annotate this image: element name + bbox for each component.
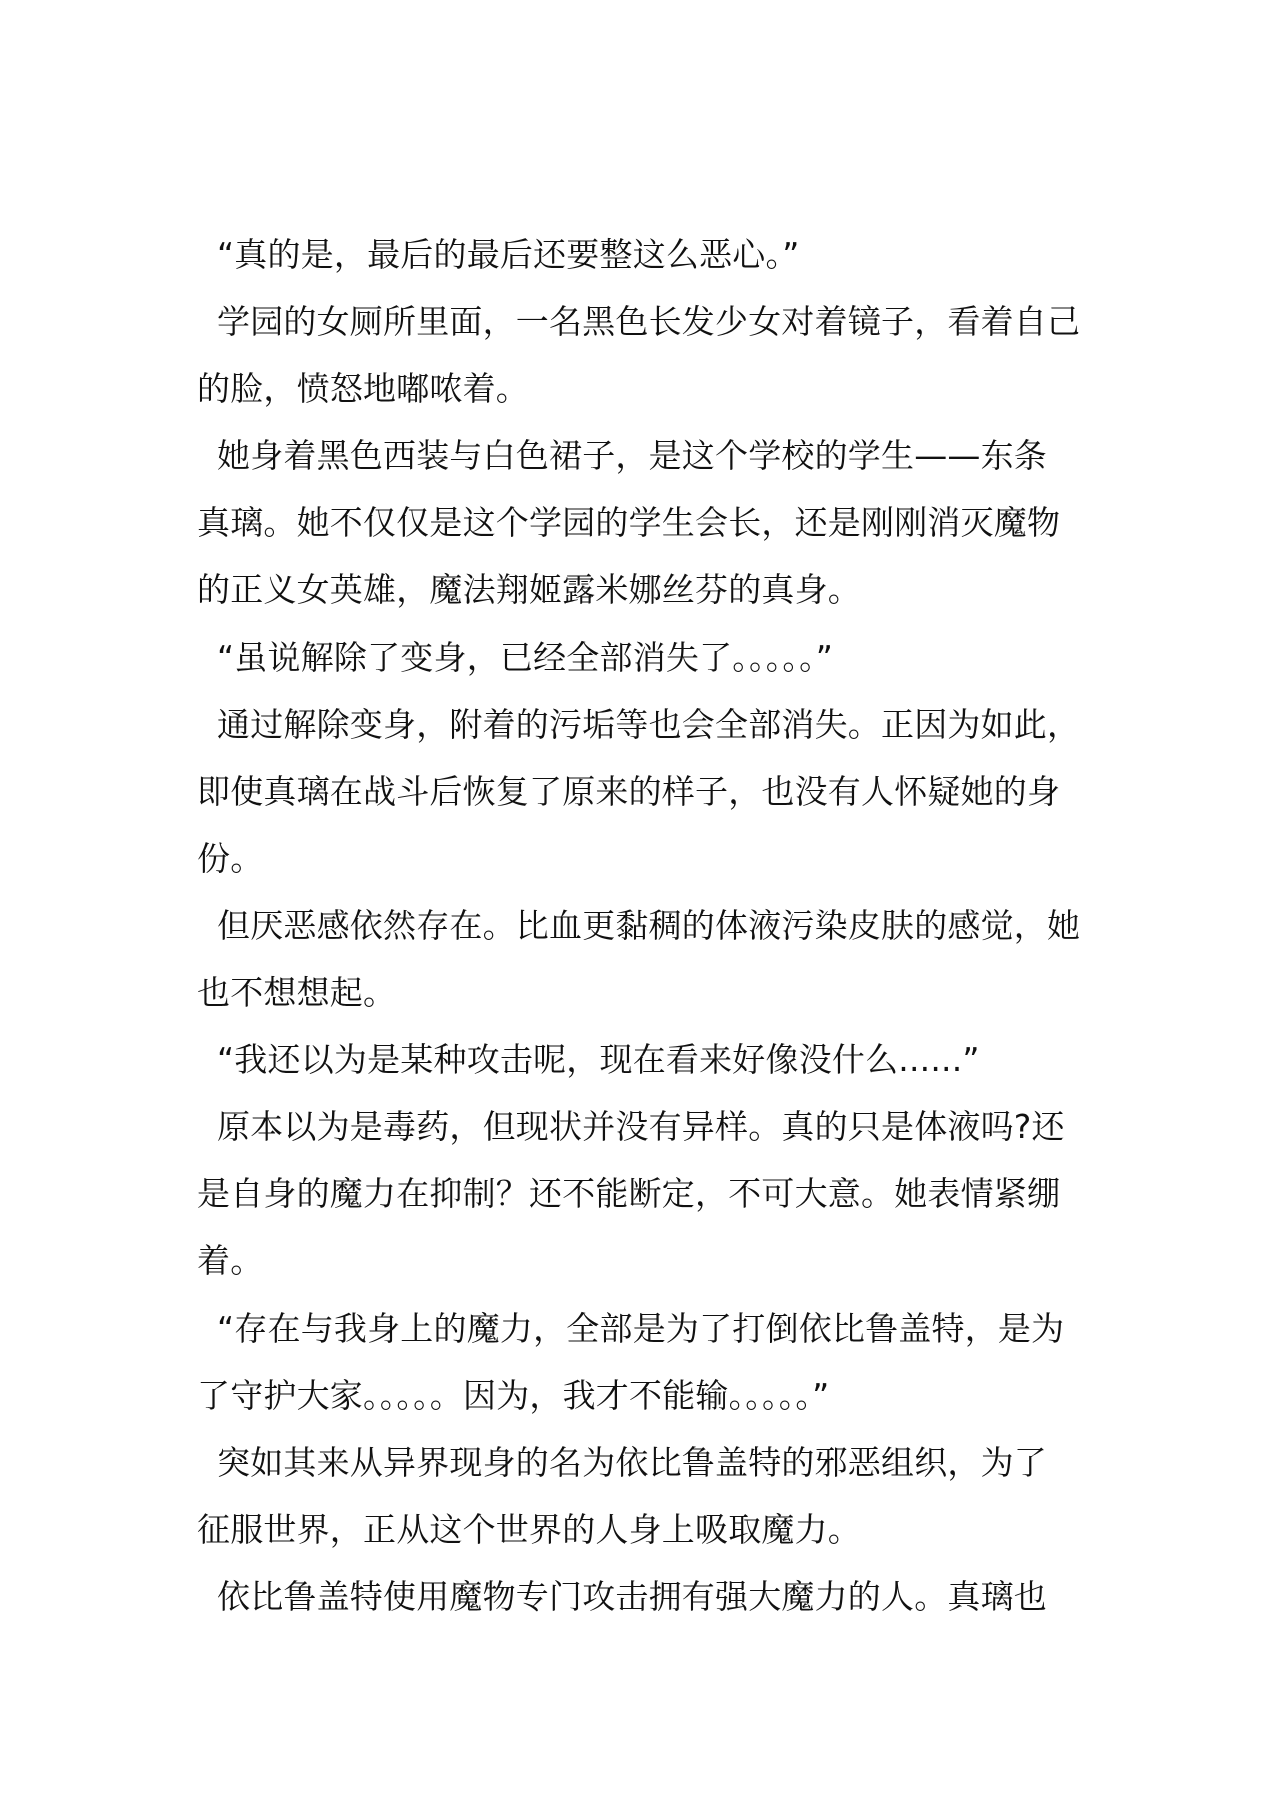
text-line: 她身着黑色西装与白色裙子，是这个学校的学生——东条 [197,431,1087,498]
document-page: “真的是，最后的最后还要整这么恶心。” 学园的女厕所里面，一名黑色长发少女对着镜… [0,0,1280,1810]
text-line: 学园的女厕所里面，一名黑色长发少女对着镜子，看着自己 [197,297,1087,364]
text-line: 即使真璃在战斗后恢复了原来的样子，也没有人怀疑她的身 [197,767,1087,834]
text-line: “我还以为是某种攻击呢，现在看来好像没什么......” [197,1035,1087,1102]
novel-text-block: “真的是，最后的最后还要整这么恶心。” 学园的女厕所里面，一名黑色长发少女对着镜… [197,230,1087,1639]
text-line: 但厌恶感依然存在。比血更黏稠的体液污染皮肤的感觉，她 [197,901,1087,968]
text-line: 的脸，愤怒地嘟哝着。 [197,364,1087,431]
text-line: 征服世界，正从这个世界的人身上吸取魔力。 [197,1505,1087,1572]
text-line: 份。 [197,834,1087,901]
text-line: 了守护大家。。。。。因为，我才不能输。。。。。” [197,1371,1087,1438]
text-line: “存在与我身上的魔力，全部是为了打倒依比鲁盖特，是为 [197,1304,1087,1371]
text-line: 依比鲁盖特使用魔物专门攻击拥有强大魔力的人。真璃也 [197,1572,1087,1639]
text-line: 的正义女英雄，魔法翔姬露米娜丝芬的真身。 [197,565,1087,632]
text-line: “真的是，最后的最后还要整这么恶心。” [197,230,1087,297]
text-line: 是自身的魔力在抑制？还不能断定，不可大意。她表情紧绷 [197,1169,1087,1236]
text-line: 突如其来从异界现身的名为依比鲁盖特的邪恶组织，为了 [197,1438,1087,1505]
text-line: “虽说解除了变身，已经全部消失了。。。。。” [197,633,1087,700]
text-line: 原本以为是毒药，但现状并没有异样。真的只是体液吗?还 [197,1102,1087,1169]
text-line: 着。 [197,1236,1087,1303]
text-line: 真璃。她不仅仅是这个学园的学生会长，还是刚刚消灭魔物 [197,498,1087,565]
text-line: 通过解除变身，附着的污垢等也会全部消失。正因为如此， [197,700,1087,767]
text-line: 也不想想起。 [197,968,1087,1035]
